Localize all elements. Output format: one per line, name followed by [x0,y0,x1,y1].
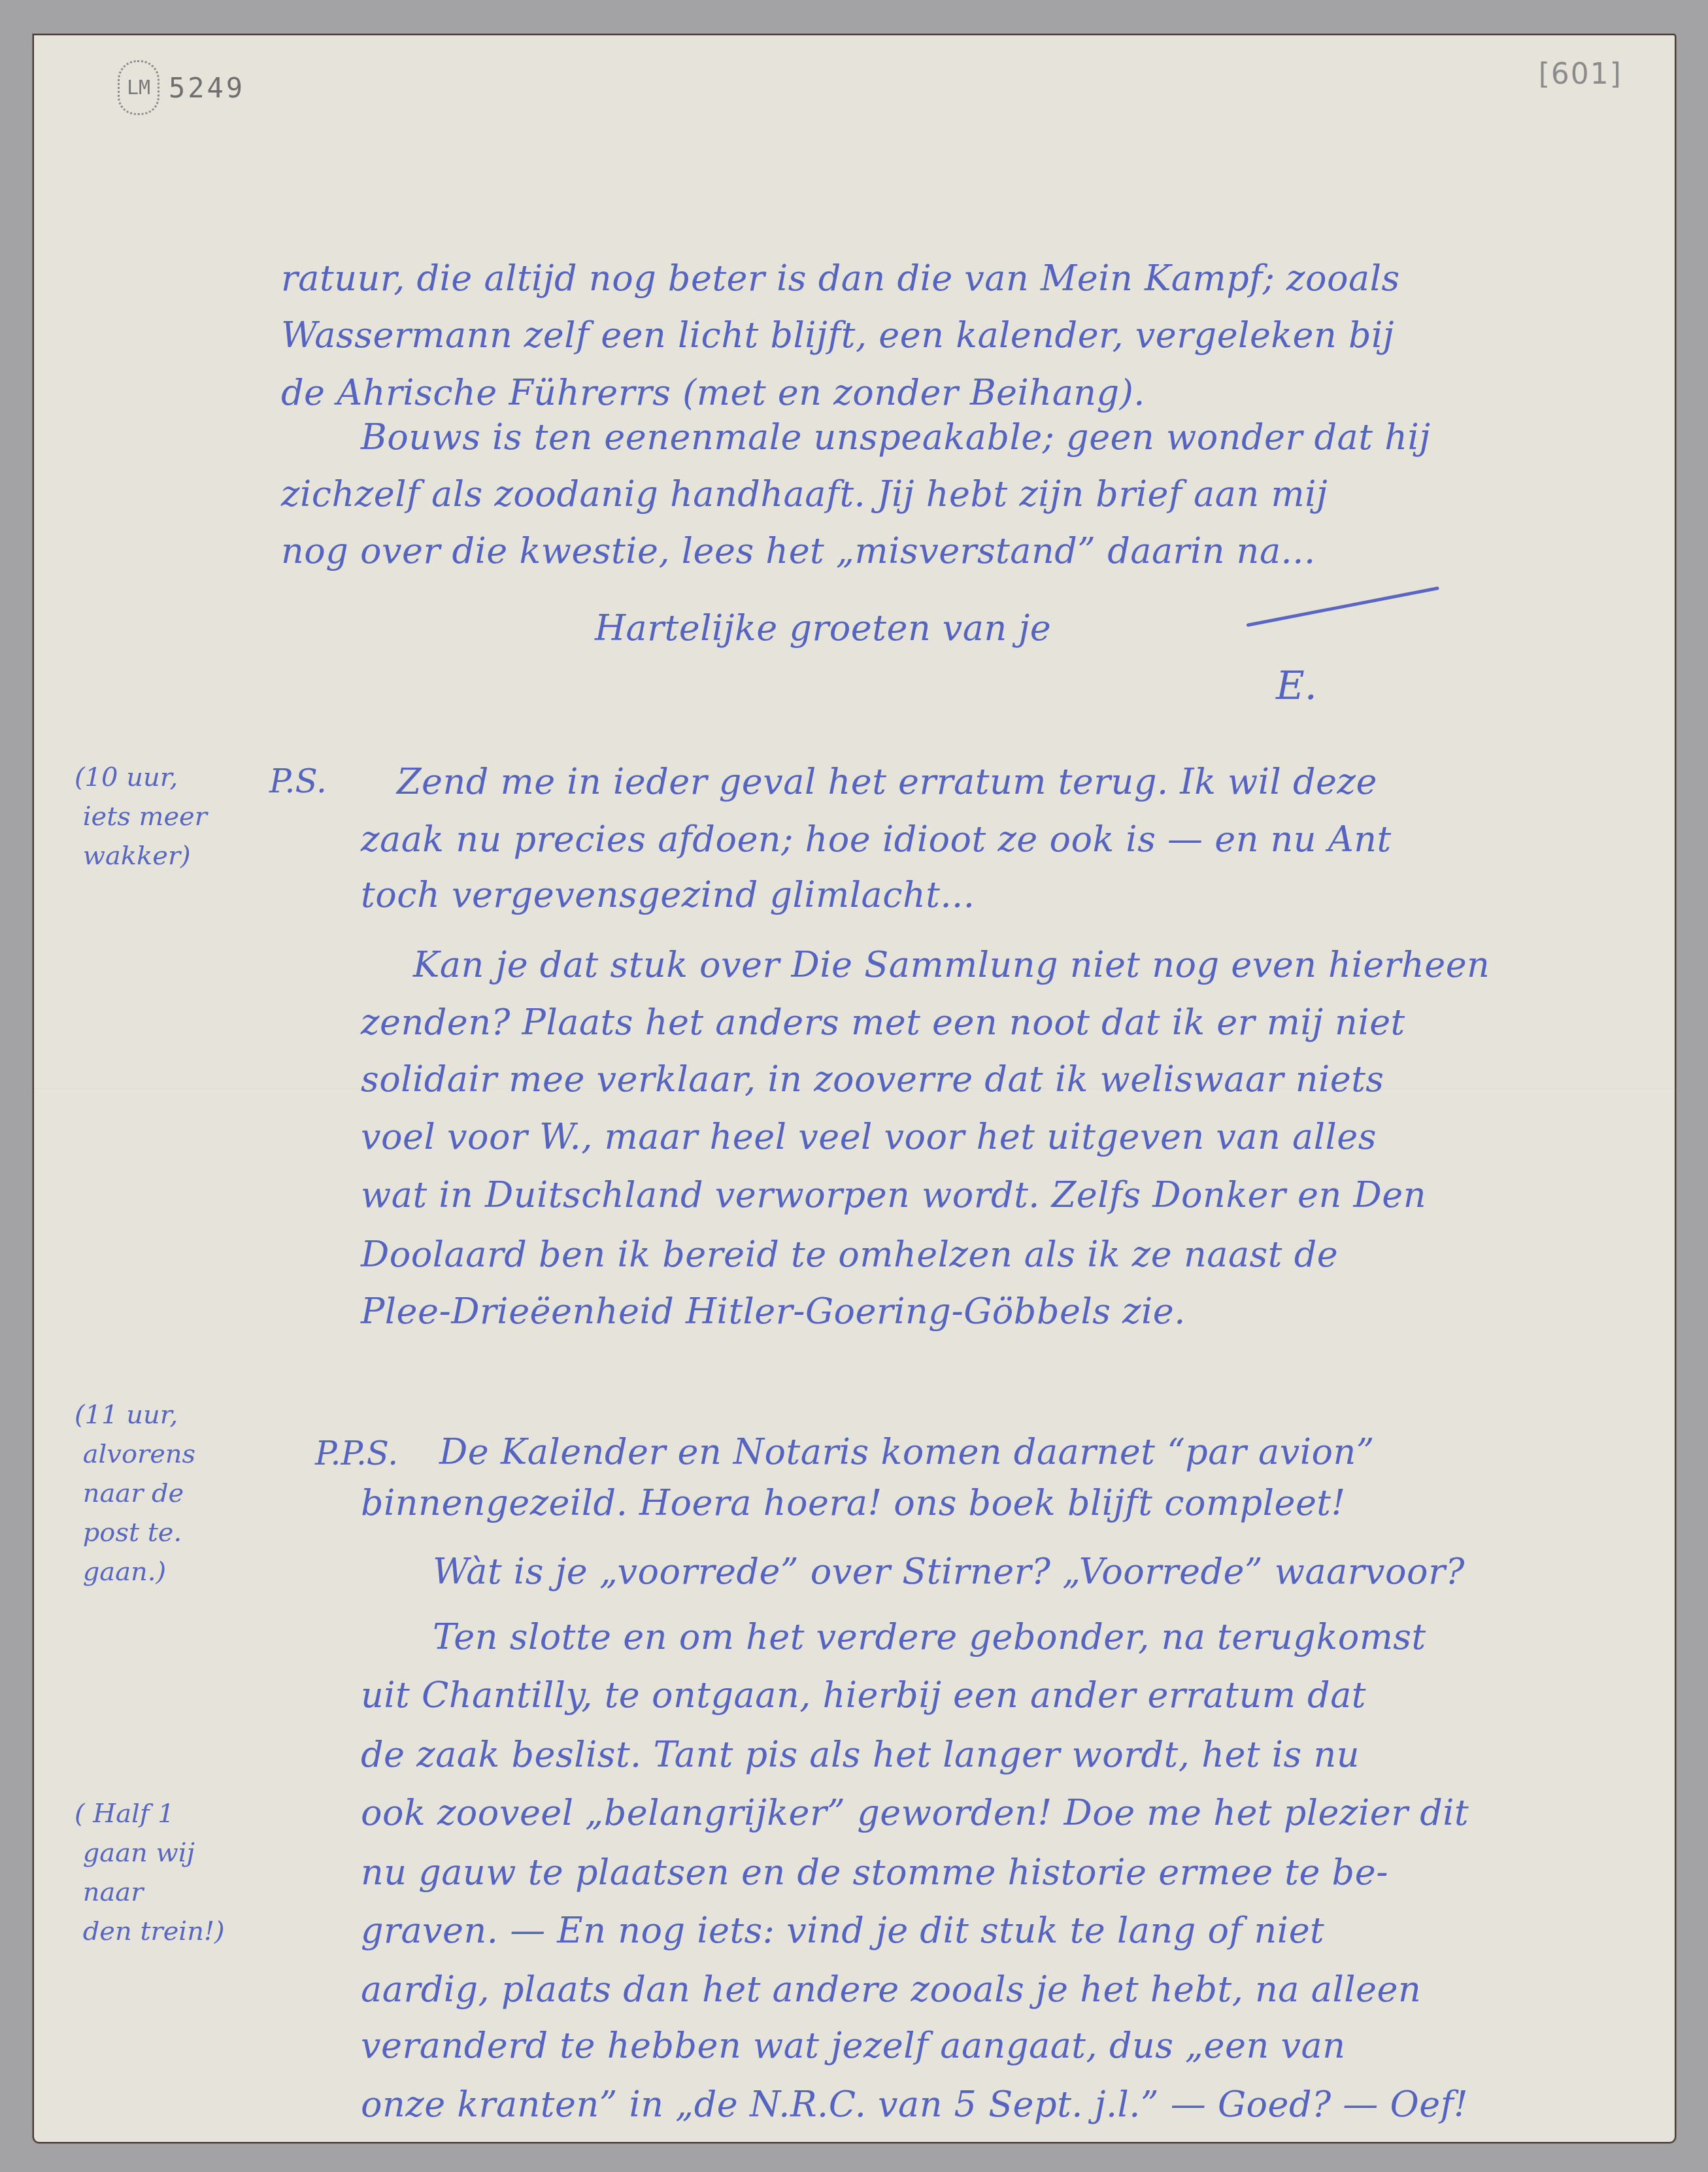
pps-line: Ten slotte en om het verdere gebonder, n… [433,1620,1426,1655]
ps-line: zenden? Plaats het anders met een noot d… [361,1005,1405,1040]
signature: E. [1276,663,1317,709]
archive-stamp-mark: LM [118,60,159,115]
letter-page: LM 5249 [601] ratuur, die altijd nog bet… [33,34,1676,2143]
body-line: de Ahrische Führerrs (met en zonder Beih… [281,375,1145,411]
pps-line: aardig, plaats dan het andere zooals je … [361,1972,1421,2007]
margin-note-half-1: ( Half 1 gaan wij naar den trein!) [75,1794,225,1951]
pps-line: Wàt is je „voorrede” over Stirner? „Voor… [433,1554,1465,1589]
pps-line: graven. — En nog iets: vind je dit stuk … [361,1913,1324,1948]
pps-line: uit Chantilly, te ontgaan, hierbij een a… [361,1678,1366,1713]
pps-line: De Kalender en Notaris komen daarnet “pa… [439,1434,1375,1470]
archive-number: 5249 [169,72,245,104]
ps-label: P.S. [269,762,327,800]
pps-line: binnengezeild. Hoera hoera! ons boek bli… [361,1485,1346,1521]
body-line: Wassermann zelf een licht blijft, een ka… [281,318,1394,353]
ps-line: toch vergevensgezind glimlacht... [361,877,975,913]
ps-line: zaak nu precies afdoen; hoe idioot ze oo… [361,822,1392,857]
closing-greeting: Hartelijke groeten van je [595,611,1051,646]
body-line: Bouws is ten eenenmale unspeakable; geen… [361,420,1430,455]
pps-line: nu gauw te plaatsen en de stomme histori… [361,1855,1388,1890]
margin-note-11-uur: (11 uur, alvorens naar de post te. gaan.… [75,1395,225,1591]
ps-line: Doolaard ben ik bereid te omhelzen als i… [361,1237,1338,1272]
ps-line: Zend me in ieder geval het erratum terug… [397,764,1377,800]
body-line: zichzelf als zoodanig handhaaft. Jij heb… [281,477,1328,512]
ps-line: Kan je dat stuk over Die Sammlung niet n… [413,947,1490,983]
ps-line: solidair mee verklaar, in zooverre dat i… [361,1062,1384,1097]
pps-line: veranderd te hebben wat jezelf aangaat, … [361,2028,1345,2063]
ps-line: wat in Duitschland verworpen wordt. Zelf… [361,1178,1426,1213]
pps-line: ook zooveel „belangrijker” geworden! Doe… [361,1795,1469,1831]
ps-line: Plee-Drieëenheid Hitler-Goering-Göbbels … [361,1294,1186,1329]
body-line: nog over die kwestie, lees het „misverst… [281,534,1316,569]
pps-label: P.P.S. [315,1434,398,1472]
pps-line: de zaak beslist. Tant pis als het langer… [361,1737,1360,1773]
signature-flourish [1247,586,1439,627]
ps-line: voel voor W., maar heel veel voor het ui… [361,1119,1377,1155]
folio-number: [601] [1539,58,1622,91]
body-line: ratuur, die altijd nog beter is dan die … [281,261,1400,296]
pps-line: onze kranten” in „de N.R.C. van 5 Sept. … [361,2087,1468,2122]
archive-stamp: LM 5249 [118,60,245,115]
margin-note-10-uur: (10 uur, iets meer wakker) [75,758,225,875]
